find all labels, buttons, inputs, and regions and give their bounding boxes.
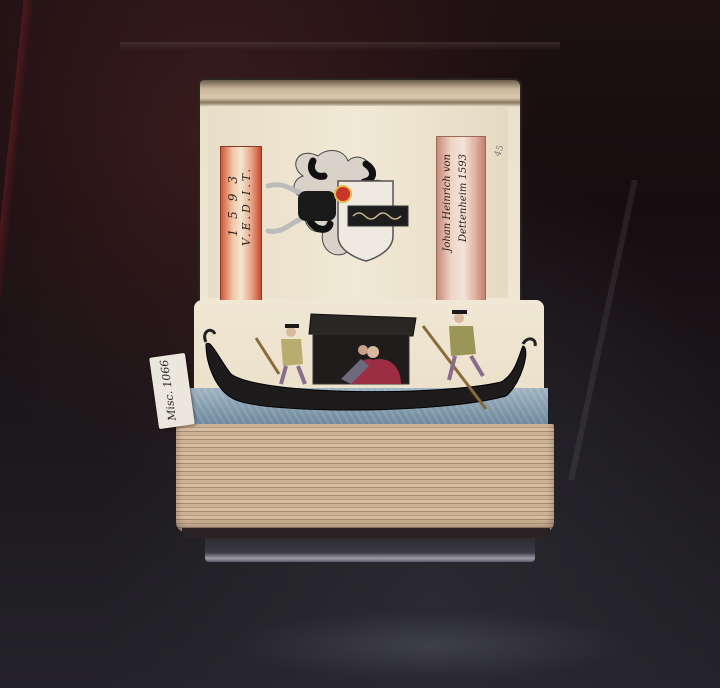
glass-glare bbox=[568, 180, 638, 480]
lower-page-block bbox=[176, 296, 556, 541]
vitrine-edge bbox=[0, 0, 34, 300]
floor-reflection bbox=[230, 610, 630, 680]
shelfmark-text: Misc. 1066 bbox=[158, 359, 179, 422]
book-cover-bottom bbox=[182, 528, 550, 538]
banner-year: 1593 bbox=[226, 166, 240, 237]
banner-motto: V.E.D.I.T. bbox=[240, 166, 253, 246]
page-edges bbox=[176, 424, 554, 532]
inscription-line-1: Johan Heinrich von bbox=[442, 154, 453, 252]
inscription-line-2: Dettenheim 1593 bbox=[458, 154, 469, 242]
upper-page: 1593 V.E.D.I.T. Johan Heinrich von Dette… bbox=[208, 106, 508, 298]
upper-page-block: 1593 V.E.D.I.T. Johan Heinrich von Dette… bbox=[200, 80, 520, 305]
gondola-illustration-icon bbox=[201, 304, 541, 419]
page-number: 45 bbox=[493, 144, 506, 158]
coat-of-arms-icon bbox=[258, 136, 428, 286]
acrylic-book-stand bbox=[205, 538, 535, 562]
glass-shelf-reflection bbox=[120, 42, 560, 50]
